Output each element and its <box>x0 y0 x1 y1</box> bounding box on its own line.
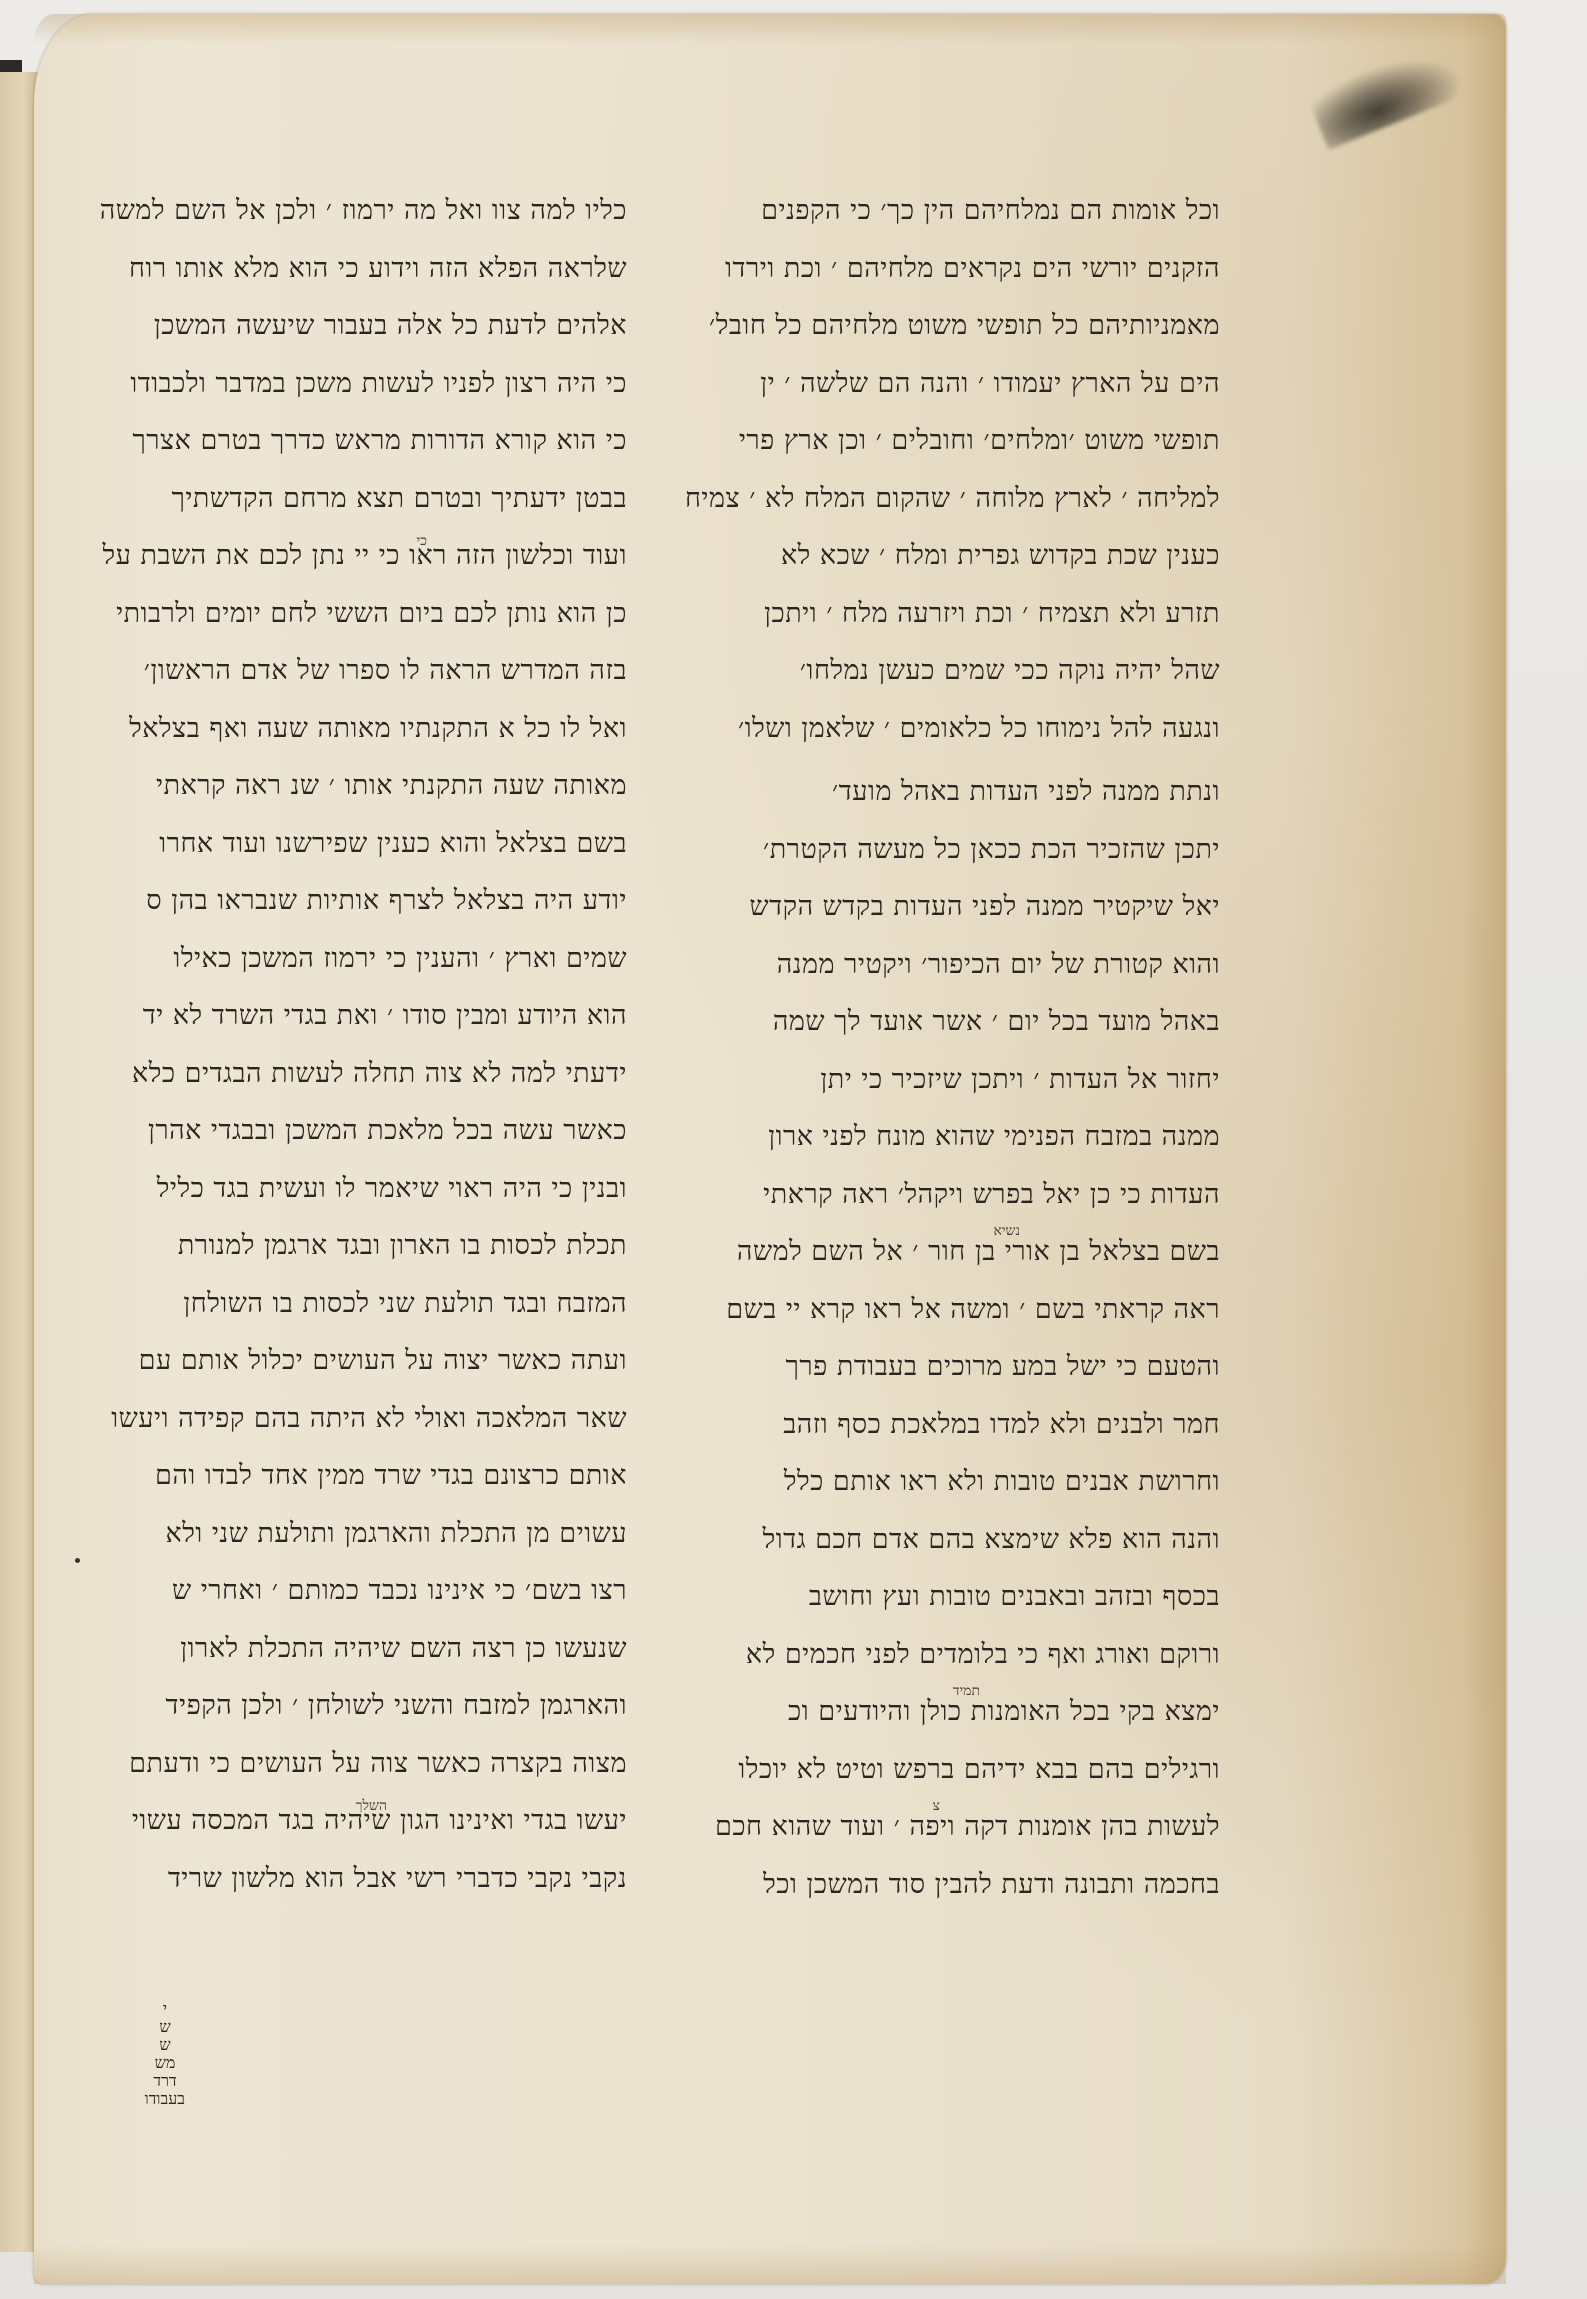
interlinear-gloss: כי <box>416 513 427 571</box>
right-column-line: מאמניותיהם כל תופשי משוט מלחיהם כל חובל׳ <box>650 297 1220 355</box>
right-column-line: כענין שכת בקדוש גפרית ומלח ׳ שכא לא <box>650 527 1220 585</box>
right-column-line: יחזור אל העדות ׳ ויתכן שיזכיר כי יתן <box>650 1051 1220 1109</box>
page-top-edge-stain <box>34 14 1506 44</box>
right-column-line: בשם בצלאל בן אורי בן חור ׳ אל השם למשה <box>650 1223 1220 1281</box>
page-bottom-edge-stain <box>34 2244 1506 2284</box>
left-text-column: כליו למה צוו ואל מה ירמוז ׳ ולכן אל השם … <box>62 182 627 1907</box>
catchword-line: ש <box>145 2036 185 2054</box>
margin-dot <box>75 1558 80 1563</box>
right-column-line: בכסף ובזהב ובאבנים טובות ועץ וחושב <box>650 1568 1220 1626</box>
left-column-line: יודע היה בצלאל לצרף אותיות שנבראו בהן ס <box>62 872 627 930</box>
left-column-line: והארגמן למזבח והשני לשולחן ׳ ולכן הקפיד <box>62 1677 627 1735</box>
left-column-line: תכלת לכסות בו הארון ובגד ארגמן למנורת <box>62 1217 627 1275</box>
left-column-line: כן הוא נותן לכם ביום הששי לחם יומים ולרב… <box>62 585 627 643</box>
left-column-line: כי היה רצון לפניו לעשות משכן במדבר ולכבו… <box>62 355 627 413</box>
right-column-line: וחרושת אבנים טובות ולא ראו אותם כלל <box>650 1453 1220 1511</box>
ink-smudge <box>1306 38 1468 150</box>
right-column-line: חמר ולבנים ולא למדו במלאכת כסף וזהב <box>650 1396 1220 1454</box>
right-column-line: והנה הוא פלא שימצא בהם אדם חכם גדול <box>650 1511 1220 1569</box>
left-column-line: אלהים לדעת כל אלה בעבור שיעשה המשכן <box>62 297 627 355</box>
left-column-line: עשוים מן התכלת והארגמן ותולעת שני ולא <box>62 1505 627 1563</box>
right-column-line: שהל יהיה נוקה ככי שמים כעשן נמלחו׳ <box>650 642 1220 700</box>
left-column-line: ועתה כאשר יצוה על העושים יכלול אותם עם <box>62 1332 627 1390</box>
interlinear-gloss: צ <box>933 1778 940 1836</box>
right-column-line: העדות כי כן יאל בפרש ויקהל׳ ראה קראתי <box>650 1166 1220 1224</box>
left-column-line: רצו בשם׳ כי אינינו נכבד כמותם ׳ ואחרי ש <box>62 1562 627 1620</box>
right-column-line: והטעם כי ישל במע מרוכים בעבודת פרך <box>650 1338 1220 1396</box>
catchword-line: בעבודו <box>145 2090 185 2108</box>
right-column-line: יתכן שהזכיר הכת ככאן כל מעשה הקטרת׳ <box>650 821 1220 879</box>
left-column-line: נקבי נקבי כדברי רשי אבל הוא מלשון שריד <box>62 1850 627 1908</box>
right-column-line: ונגעה להל נימוחו כל כלאומים ׳ שלאמן ושלו… <box>650 700 1220 758</box>
right-column-line: והוא קטורת של יום הכיפור׳ ויקטיר ממנה <box>650 936 1220 994</box>
right-column-line: למליחה ׳ לארץ מלוחה ׳ שהקום המלח לא ׳ צמ… <box>650 470 1220 528</box>
interlinear-gloss: תמיד <box>953 1663 980 1721</box>
catchword: יששמשדרדבעבודו <box>145 2000 185 2108</box>
left-column-line: בשם בצלאל והוא כענין שפירשנו ועוד אחרו <box>62 815 627 873</box>
left-column-line: שלראה הפלא הזה וידוע כי הוא מלא אותו רוח <box>62 240 627 298</box>
left-column-line: שמים וארץ ׳ והענין כי ירמוז המשכן כאילו <box>62 930 627 988</box>
left-column-line: בבטן ידעתיך ובטרם תצא מרחם הקדשתיך <box>62 470 627 528</box>
right-column-line: ראה קראתי בשם ׳ ומשה אל ראו קרא יי בשם <box>650 1281 1220 1339</box>
right-column-line: הזקנים יורשי הים נקראים מלחיהם ׳ וכת ויר… <box>650 240 1220 298</box>
left-column-line: מצוה בקצרה כאשר צוה על העושים כי ודעתם <box>62 1735 627 1793</box>
interlinear-gloss: נשיא <box>993 1203 1020 1261</box>
right-column-line: ונתת ממנה לפני העדות באהל מועד׳ <box>650 763 1220 821</box>
left-column-line: שאר המלאכה ואולי לא היתה בהם קפידה ויעשו <box>62 1390 627 1448</box>
right-column-line: הים על הארץ יעמודו ׳ והנה הם שלשה ׳ ין <box>650 355 1220 413</box>
catchword-line: דרד <box>145 2072 185 2090</box>
right-column-line: וכל אומות הם נמלחיהם הין כך׳ כי הקפנים <box>650 182 1220 240</box>
left-column-line: כליו למה צוו ואל מה ירמוז ׳ ולכן אל השם … <box>62 182 627 240</box>
right-column-line: באהל מועד בכל יום ׳ אשר אועד לך שמה <box>650 993 1220 1051</box>
left-column-line: אותם כרצונם בגדי שרד ממין אחד לבדו והם <box>62 1447 627 1505</box>
left-column-line: ואל לו כל א התקנתיו מאותה שעה ואף בצלאל <box>62 700 627 758</box>
right-column-line: יאל שיקטיר ממנה לפני העדות בקדש הקדש <box>650 878 1220 936</box>
right-column-line: ורוקם ואורג ואף כי בלומדים לפני חכמים לא <box>650 1626 1220 1684</box>
right-column-line: תופשי משוט ׳ומלחים׳ וחובלים ׳ וכן ארץ פר… <box>650 412 1220 470</box>
left-column-line: בזה המדרש הראה לו ספרו של אדם הראשון׳ <box>62 642 627 700</box>
left-column-line: ועוד וכלשון הזה ראו כי יי נתן לכם את השב… <box>62 527 627 585</box>
left-column-line: יעשו בגדי ואינינו הגון שיהיה בגד המכסה ע… <box>62 1792 627 1850</box>
interlinear-gloss: השלך <box>356 1778 387 1836</box>
catchword-line: י <box>145 2000 185 2018</box>
left-column-line: כאשר עשה בכל מלאכת המשכן ובבגדי אהרן <box>62 1102 627 1160</box>
left-column-line: כי הוא קורא הדורות מראש כדרך בטרם אצרך <box>62 412 627 470</box>
left-column-line: הוא היודע ומבין סודו ׳ ואת בגדי השרד לא … <box>62 987 627 1045</box>
left-column-line: מאותה שעה התקנתי אותו ׳ שנ ראה קראתי <box>62 757 627 815</box>
left-column-line: ובנין כי היה ראוי שיאמר לו ועשית בגד כלי… <box>62 1160 627 1218</box>
right-column-line: בחכמה ותבונה ודעת להבין סוד המשכן וכל <box>650 1856 1220 1914</box>
right-text-column: וכל אומות הם נמלחיהם הין כך׳ כי הקפניםהז… <box>650 182 1220 1913</box>
right-column-line: ממנה במזבח הפנימי שהוא מונח לפני ארון <box>650 1108 1220 1166</box>
catchword-line: מש <box>145 2054 185 2072</box>
right-column-line: ימצא בקי בכל האומנות כולן והיודעים וכ <box>650 1683 1220 1741</box>
scan-background: וכל אומות הם נמלחיהם הין כך׳ כי הקפניםהז… <box>0 0 1587 2299</box>
left-column-line: ידעתי למה לא צוה תחלה לעשות הבגדים כלא <box>62 1045 627 1103</box>
catchword-line: ש <box>145 2018 185 2036</box>
left-column-line: המזבח ובגד תולעת שני לכסות בו השולחן <box>62 1275 627 1333</box>
right-column-line: תזרע ולא תצמיח ׳ וכת ויזרעה מלח ׳ ויתכן <box>650 585 1220 643</box>
left-column-line: שנעשו כן רצה השם שיהיה התכלת לארון <box>62 1620 627 1678</box>
